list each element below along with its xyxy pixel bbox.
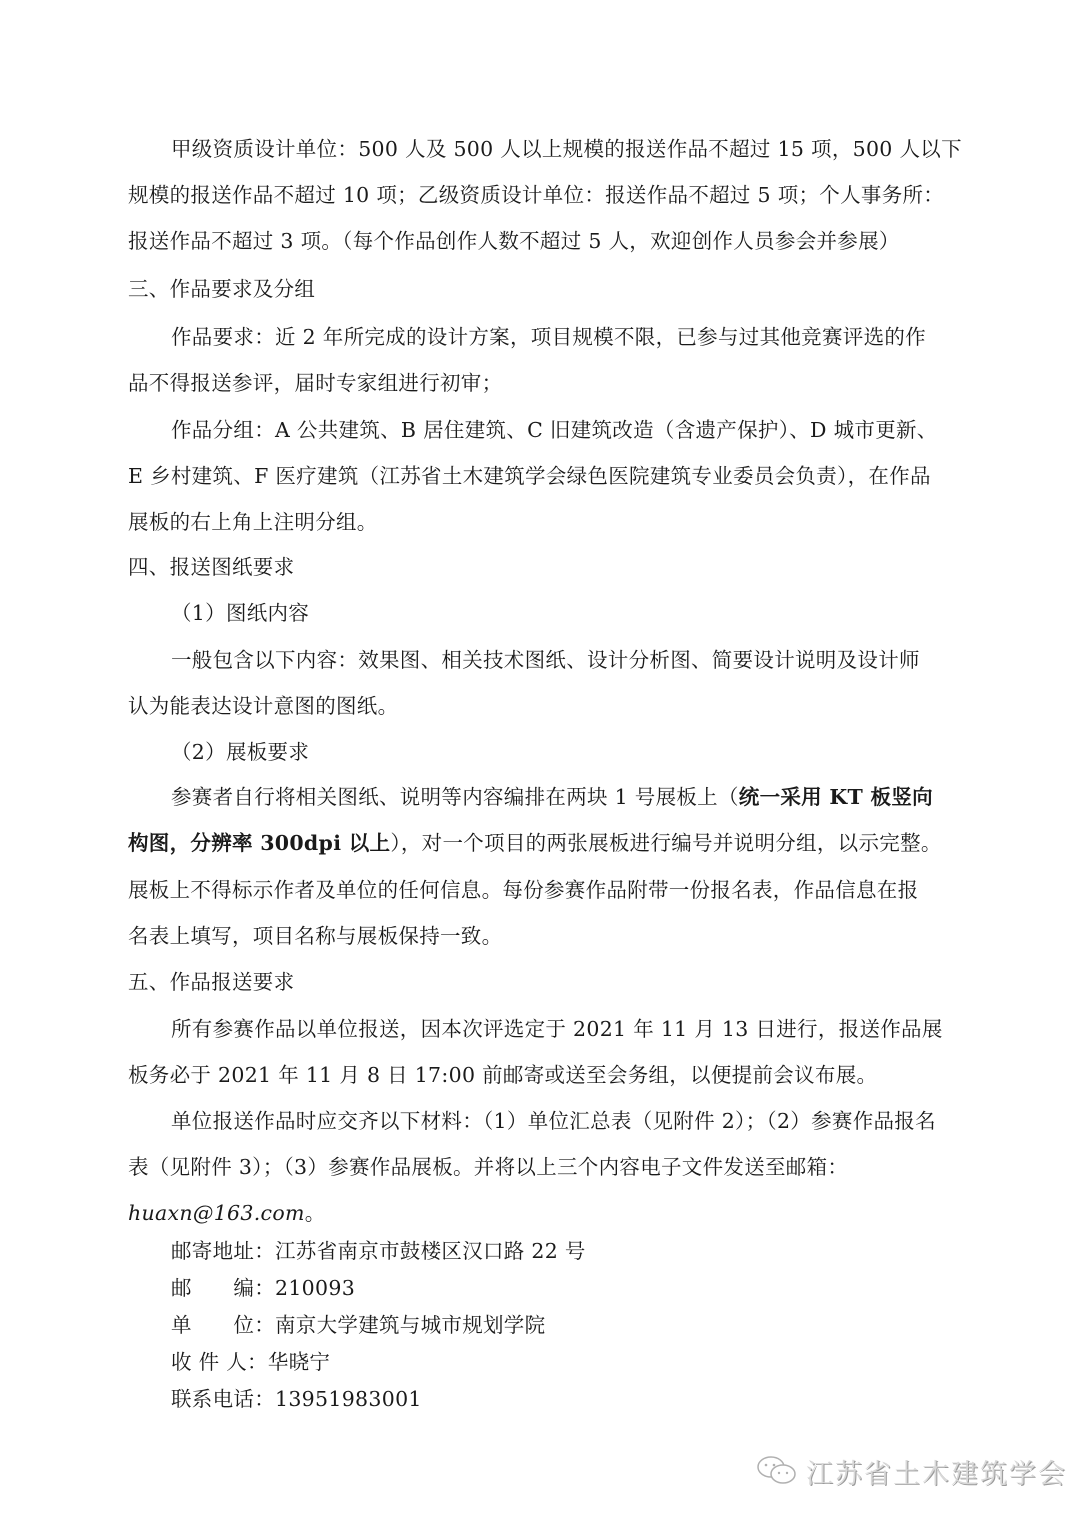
email-link[interactable]: huaxn@163.com: [128, 1201, 305, 1225]
email-suffix: 。: [305, 1201, 326, 1225]
wechat-icon: [756, 1454, 798, 1488]
section5-para2-line-2: 表（见附件 3）；（3）参赛作品展板。并将以上三个内容电子文件发送至邮箱：: [128, 1154, 848, 1181]
section3-groups-line-3: 展板的右上角上注明分组。: [128, 509, 378, 536]
section3-groups-line-1: 作品分组：A 公共建筑、B 居住建筑、C 旧建筑改造（含遗产保护）、D 城市更新…: [171, 417, 938, 444]
section4-sub1-line-2: 认为能表达设计意图的图纸。: [128, 693, 398, 720]
intro-line-3: 报送作品不超过 3 项。（每个作品创作人数不超过 5 人，欢迎创作人员参会并参展…: [128, 228, 900, 255]
section3-heading: 三、作品要求及分组: [128, 276, 315, 303]
section4-sub2-line-3: 展板上不得标示作者及单位的任何信息。每份参赛作品附带一份报名表，作品信息在报: [128, 877, 918, 904]
watermark-text: 江苏省土木建筑学会: [806, 1452, 1067, 1491]
intro-line-2: 规模的报送作品不超过 10 项；乙级资质设计单位：报送作品不超过 5 项；个人事…: [128, 182, 944, 209]
sub2-line2-normal: ），对一个项目的两张展板进行编号并说明分组，以示完整。: [390, 831, 941, 855]
section4-sub2-line-2: 构图，分辨率 300dpi 以上），对一个项目的两张展板进行编号并说明分组，以示…: [128, 830, 942, 857]
watermark: 江苏省土木建筑学会: [756, 1453, 1067, 1489]
sub2-line2-bold: 构图，分辨率 300dpi 以上: [128, 831, 390, 855]
section5-para1-line-2: 板务必于 2021 年 11 月 8 日 17:00 前邮寄或送至会务组，以便提…: [128, 1062, 877, 1089]
section3-groups-line-2: E 乡村建筑、F 医疗建筑（江苏省土木建筑学会绿色医院建筑专业委员会负责），在作…: [128, 463, 931, 490]
section4-heading: 四、报送图纸要求: [128, 554, 294, 581]
sub2-line1-normal: 参赛者自行将相关图纸、说明等内容编排在两块 1 号展板上（: [171, 785, 739, 809]
section4-sub1-line-1: 一般包含以下内容：效果图、相关技术图纸、设计分析图、简要设计说明及设计师: [171, 647, 920, 674]
section4-sub2-line-4: 名表上填写，项目名称与展板保持一致。: [128, 923, 502, 950]
contact-recipient: 收 件 人：华晓宁: [171, 1349, 330, 1376]
section3-req-line-1: 作品要求：近 2 年所完成的设计方案，项目规模不限，已参与过其他竞赛评选的作: [171, 324, 926, 351]
section5-heading: 五、作品报送要求: [128, 969, 294, 996]
section4-sub2-line-1: 参赛者自行将相关图纸、说明等内容编排在两块 1 号展板上（统一采用 KT 板竖向: [171, 784, 933, 811]
contact-postcode: 邮 编：210093: [171, 1275, 355, 1302]
contact-phone: 联系电话：13951983001: [171, 1386, 422, 1413]
section5-para1-line-1: 所有参赛作品以单位报送，因本次评选定于 2021 年 11 月 13 日进行，报…: [171, 1016, 943, 1043]
section5-para2-line-1: 单位报送作品时应交齐以下材料：（1）单位汇总表（见附件 2）；（2）参赛作品报名: [171, 1108, 936, 1135]
sub2-line1-bold: 统一采用 KT 板竖向: [739, 785, 933, 809]
section4-sub2-title: （2）展板要求: [171, 739, 309, 766]
section3-req-line-2: 品不得报送参评，届时专家组进行初审；: [128, 370, 502, 397]
section4-sub1-title: （1）图纸内容: [171, 600, 309, 627]
intro-line-1: 甲级资质设计单位：500 人及 500 人以上规模的报送作品不超过 15 项，5…: [171, 136, 962, 163]
contact-unit: 单 位：南京大学建筑与城市规划学院: [171, 1312, 545, 1339]
contact-address: 邮寄地址：江苏省南京市鼓楼区汉口路 22 号: [171, 1238, 586, 1265]
section5-email-line: huaxn@163.com。: [128, 1200, 326, 1227]
